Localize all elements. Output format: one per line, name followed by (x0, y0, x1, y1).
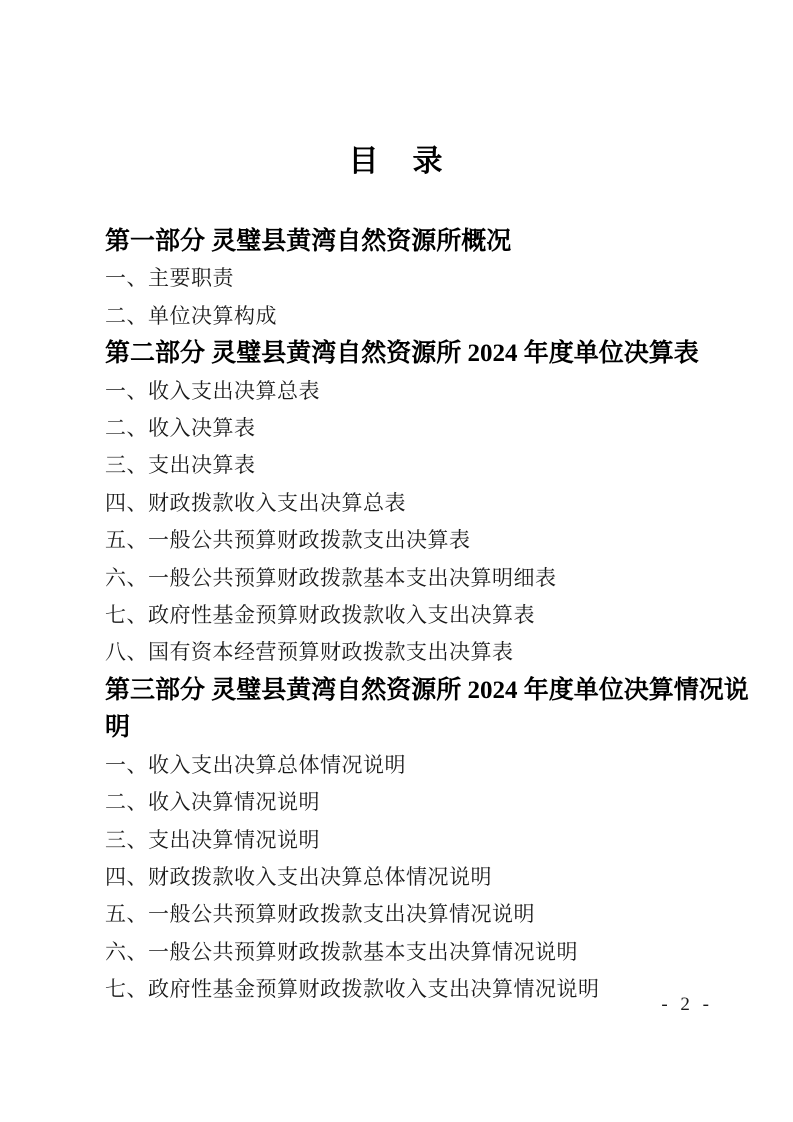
toc-entry-1-2: 二、单位决算构成 (105, 298, 753, 335)
toc-entry-2-2: 二、收入决算表 (105, 410, 753, 447)
page-number: - 2 - (661, 994, 713, 1016)
toc-entry-2-5: 五、一般公共预算财政拨款支出决算表 (105, 522, 753, 559)
table-of-contents: 第一部分 灵璧县黄湾自然资源所概况 一、主要职责 二、单位决算构成 第二部分 灵… (105, 223, 753, 1009)
toc-entry-2-8: 八、国有资本经营预算财政拨款支出决算表 (105, 634, 753, 671)
toc-entry-1-1: 一、主要职责 (105, 260, 753, 297)
toc-entry-2-3: 三、支出决算表 (105, 447, 753, 484)
toc-entry-3-6: 六、一般公共预算财政拨款基本支出决算情况说明 (105, 934, 753, 971)
toc-entry-3-1: 一、收入支出决算总体情况说明 (105, 747, 753, 784)
toc-entry-2-1: 一、收入支出决算总表 (105, 373, 753, 410)
page-title: 目 录 (0, 0, 793, 179)
toc-entry-3-3: 三、支出决算情况说明 (105, 822, 753, 859)
toc-entry-2-4: 四、财政拨款收入支出决算总表 (105, 485, 753, 522)
toc-section-2-heading: 第二部分 灵璧县黄湾自然资源所 2024 年度单位决算表 (105, 335, 753, 372)
toc-entry-3-2: 二、收入决算情况说明 (105, 784, 753, 821)
toc-entry-2-7: 七、政府性基金预算财政拨款收入支出决算表 (105, 597, 753, 634)
toc-section-1-heading: 第一部分 灵璧县黄湾自然资源所概况 (105, 223, 753, 260)
toc-entry-3-5: 五、一般公共预算财政拨款支出决算情况说明 (105, 896, 753, 933)
toc-section-3-heading: 第三部分 灵璧县黄湾自然资源所 2024 年度单位决算情况说明 (105, 672, 753, 747)
toc-entry-3-4: 四、财政拨款收入支出决算总体情况说明 (105, 859, 753, 896)
document-page: 目 录 第一部分 灵璧县黄湾自然资源所概况 一、主要职责 二、单位决算构成 第二… (0, 0, 793, 1122)
toc-entry-3-7: 七、政府性基金预算财政拨款收入支出决算情况说明 (105, 971, 753, 1008)
toc-entry-2-6: 六、一般公共预算财政拨款基本支出决算明细表 (105, 560, 753, 597)
